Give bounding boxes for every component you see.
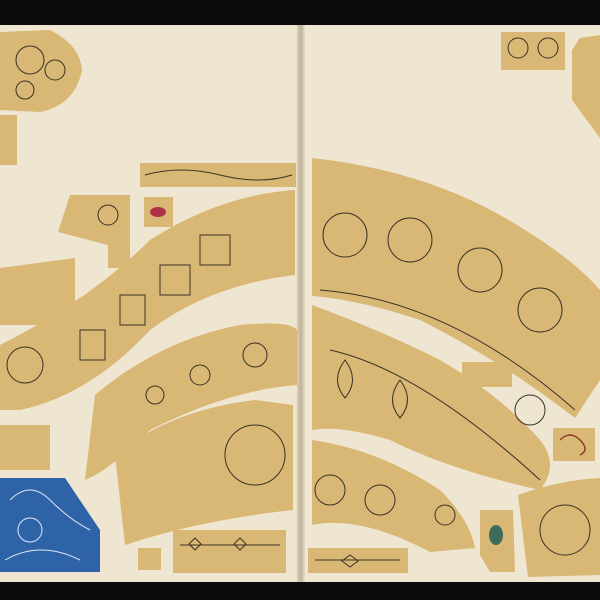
yin-yang-sketch <box>515 395 545 425</box>
wreath-drawing <box>0 115 17 165</box>
blue-drawing <box>0 478 100 572</box>
ring-drawing <box>518 478 600 577</box>
trefoil-drawing <box>462 362 512 387</box>
necklace-drawing <box>572 35 600 138</box>
small-scroll-drawing <box>0 425 50 470</box>
small-rosette <box>138 548 161 570</box>
earring-drawing <box>501 32 565 70</box>
lattice-band <box>173 530 286 573</box>
medallion-drawing <box>58 195 130 268</box>
design-drawings <box>0 0 600 600</box>
shield-drawing <box>0 30 82 112</box>
bow-drawing <box>553 428 595 461</box>
